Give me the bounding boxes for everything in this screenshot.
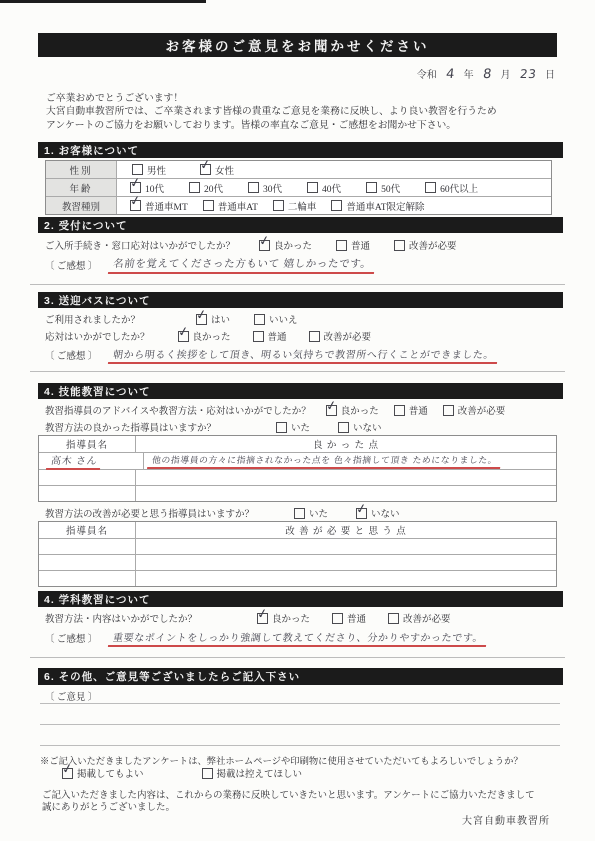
- checkbox-label: 50代: [381, 181, 400, 195]
- bus-comment-line: 〔 ご感想 〕 朝から明るく挨拶をして頂き、明るい気持ちで教習所へ行くことができ…: [45, 346, 498, 364]
- checkbox-label: 普通車AT限定解除: [346, 199, 424, 213]
- checkbox-male: 男性: [132, 163, 166, 177]
- good-instructor-table: 指導員名 良 か っ た 点 高木 さん 他の指導員の方々に指摘されなかった点を…: [38, 435, 557, 502]
- checkbox-label: 普通: [347, 611, 366, 625]
- ruled-line: [30, 276, 565, 285]
- reception-comment-line: 〔 ご感想 〕 名前を覚えてくださった方もいて 嬉しかったです。: [45, 256, 376, 274]
- checkbox-icon: [294, 508, 305, 519]
- checkbox-good-instructor-no: いない: [338, 420, 382, 434]
- section-reception-heading: 2. 受付について: [38, 217, 563, 233]
- customer-row-gender: 性別 男性 女性: [46, 161, 551, 178]
- checkbox-label: 10代: [145, 181, 164, 195]
- table-row: [39, 485, 556, 501]
- checkbox-icon: [388, 613, 399, 624]
- checkbox-icon: [130, 182, 141, 193]
- good-point-handwriting: 他の指導員の方々に指摘されなかった点を 色々指摘して頂き ためになりました。: [147, 453, 502, 469]
- checkbox-icon: [189, 182, 200, 193]
- checkbox-icon: [326, 405, 337, 416]
- greeting-line-2: 大宮自動車教習所では、ご卒業されます皆様の貴重なご意見を業務に反映し、より良い教…: [46, 105, 558, 118]
- checkbox-icon: [336, 240, 347, 251]
- bus-comment-handwriting: 朝から明るく挨拶をして頂き、明るい気持ちで教習所へ行くことができました。: [108, 346, 499, 364]
- customer-row-age: 年齢 10代 20代 30代 40代 50代 60代以上: [46, 178, 551, 196]
- checkbox-reception-good: 良かった: [259, 238, 312, 252]
- checkbox-icon: [259, 240, 270, 251]
- checkbox-icon: [62, 768, 73, 779]
- greeting-line-1: ご卒業おめでとうございます！: [46, 92, 558, 105]
- checkbox-good-instructor-yes: いた: [276, 420, 310, 434]
- checkbox-publication-ok: 掲載してもよい: [62, 766, 144, 780]
- checkbox-label: 良かった: [193, 329, 231, 343]
- table-row: [39, 554, 556, 570]
- checkbox-label: 改善が必要: [403, 611, 451, 625]
- checkbox-label: いた: [291, 420, 310, 434]
- checkbox-label: 掲載は控えてほしい: [217, 766, 303, 780]
- checkbox-lecture-normal: 普通: [332, 611, 366, 625]
- table-header-row: 指導員名 良 か っ た 点: [39, 436, 556, 452]
- bus-q2-line: 応対はいかがでしたか？ 良かった 普通 改善が必要: [45, 329, 371, 343]
- checkbox-label: 普通: [351, 238, 370, 252]
- checkbox-label: 普通: [268, 329, 287, 343]
- greeting-paragraph: ご卒業おめでとうございます！ 大宮自動車教習所では、ご卒業されます皆様の貴重なご…: [46, 92, 558, 132]
- checkbox-icon: [254, 314, 265, 325]
- checkbox-label: 改善が必要: [458, 403, 506, 417]
- checkbox-age-40s: 40代: [307, 181, 341, 195]
- bus-q1-line: ご利用されましたか？ はい いいえ: [45, 312, 298, 326]
- greeting-line-3: アンケートのご協力をお願いしております。皆様の率直なご意見・ご感想をお聞かせ下さ…: [46, 119, 558, 132]
- date-era-label: 令和: [417, 66, 437, 81]
- checkbox-icon: [307, 182, 318, 193]
- checkbox-icon: [276, 422, 287, 433]
- checkbox-icon: [309, 331, 320, 342]
- checkbox-female: 女性: [200, 163, 234, 177]
- checkbox-label: 普通: [409, 403, 428, 417]
- checkbox-icon: [248, 182, 259, 193]
- section-bus-heading: 3. 送迎バスについて: [38, 292, 563, 308]
- page-title: お客様のご意見をお聞かせください: [38, 33, 557, 57]
- customer-row-course: 教習種別 普通車MT 普通車AT 二輪車 普通車AT限定解除: [46, 196, 551, 214]
- bus-q2: 応対はいかがでしたか？: [45, 329, 150, 343]
- checkbox-age-10s: 10代: [130, 181, 164, 195]
- reception-question-line: ご入所手続き・窓口応対はいかがでしたか？ 良かった 普通 改善が必要: [45, 238, 555, 252]
- skill-q1-line: 教習指導員のアドバイスや教習方法・応対はいかがでしたか？ 良かった 普通 改善が…: [45, 403, 505, 417]
- skill-q3: 教習方法の改善が必要と思う指導員はいますか？: [45, 506, 254, 520]
- checkbox-course-at: 普通車AT: [203, 199, 258, 213]
- checkbox-label: 良かった: [274, 238, 312, 252]
- table-row: [39, 538, 556, 554]
- checkbox-label: 良かった: [272, 611, 310, 625]
- checkbox-icon: [202, 768, 213, 779]
- section-lecture-heading: 4. 学科教習について: [38, 591, 563, 607]
- reception-question: ご入所手続き・窓口応対はいかがでしたか？: [45, 238, 235, 252]
- checkbox-icon: [338, 422, 349, 433]
- checkbox-age-50s: 50代: [366, 181, 400, 195]
- publication-consent-note: ※ご記入いただきましたアンケートは、弊社ホームページや印刷物に使用させていただい…: [40, 753, 560, 767]
- checkbox-improve-instructor-yes: いた: [294, 506, 328, 520]
- lecture-comment-label: 〔 ご感想 〕: [45, 631, 97, 645]
- checkbox-label: 40代: [322, 181, 341, 195]
- reception-comment-label: 〔 ご感想 〕: [45, 258, 97, 272]
- age-label: 年齢: [46, 179, 117, 196]
- checkbox-bus-used-no: いいえ: [254, 312, 298, 326]
- checkbox-lecture-good: 良かった: [257, 611, 310, 625]
- checkbox-icon: [394, 240, 405, 251]
- ruled-line: [30, 649, 565, 658]
- checkbox-icon: [356, 508, 367, 519]
- checkbox-label: 男性: [147, 163, 166, 177]
- checkbox-bus-normal: 普通: [253, 329, 287, 343]
- ruled-line: [40, 737, 560, 746]
- checkbox-course-at-limited: 普通車AT限定解除: [331, 199, 424, 213]
- checkbox-icon: [132, 164, 143, 175]
- closing-line-2: 誠にありがとうございました。: [42, 799, 562, 813]
- skill-q2-line: 教習方法の良かった指導員はいますか？ いた いない: [45, 420, 382, 434]
- publication-consent-line: 掲載してもよい 掲載は控えてほしい: [62, 766, 302, 780]
- table-row: [39, 469, 556, 485]
- checkbox-bus-used-yes: はい: [196, 312, 230, 326]
- checkbox-icon: [332, 613, 343, 624]
- school-signature: 大宮自動車教習所: [300, 812, 558, 827]
- checkbox-reception-normal: 普通: [336, 238, 370, 252]
- checkbox-icon: [257, 613, 268, 624]
- checkbox-reception-improve: 改善が必要: [394, 238, 457, 252]
- checkbox-lecture-improve: 改善が必要: [388, 611, 451, 625]
- checkbox-bus-improve: 改善が必要: [309, 329, 372, 343]
- skill-q1: 教習指導員のアドバイスや教習方法・応対はいかがでしたか？: [45, 403, 311, 417]
- checkbox-icon: [200, 164, 211, 175]
- instructor-name-handwriting: 高木 さん: [46, 452, 102, 470]
- checkbox-age-20s: 20代: [189, 181, 223, 195]
- checkbox-label: 女性: [215, 163, 234, 177]
- checkbox-label: 二輪車: [288, 199, 317, 213]
- date-day-value: 23: [519, 67, 537, 81]
- date-month-label: 月: [501, 66, 511, 81]
- checkbox-icon: [253, 331, 264, 342]
- checkbox-icon: [273, 200, 284, 211]
- checkbox-icon: [196, 314, 207, 325]
- bus-comment-label: 〔 ご感想 〕: [45, 348, 97, 362]
- bus-q1: ご利用されましたか？: [45, 312, 140, 326]
- checkbox-icon: [394, 405, 405, 416]
- checkbox-label: 60代以上: [440, 181, 478, 195]
- checkbox-icon: [203, 200, 214, 211]
- checkbox-icon: [178, 331, 189, 342]
- checkbox-label: いない: [353, 420, 382, 434]
- checkbox-label: いいえ: [269, 312, 298, 326]
- scanned-questionnaire-page: お客様のご意見をお聞かせください 令和 4 年 8 月 23 日 ご卒業おめでと…: [0, 0, 595, 841]
- checkbox-label: 20代: [204, 181, 223, 195]
- lecture-question: 教習方法・内容はいかがでしたか？: [45, 611, 197, 625]
- checkbox-label: 普通車AT: [218, 199, 258, 213]
- checkbox-label: 掲載してもよい: [77, 766, 144, 780]
- checkbox-publication-no: 掲載は控えてほしい: [202, 766, 303, 780]
- date-year-value: 4: [445, 67, 456, 82]
- checkbox-age-30s: 30代: [248, 181, 282, 195]
- checkbox-course-mt: 普通車MT: [130, 199, 188, 213]
- section-skill-heading: 4. 技能教習について: [38, 383, 563, 399]
- course-label: 教習種別: [46, 197, 117, 214]
- section-other-heading: 6. その他、ご意見等ございましたらご記入下さい: [38, 668, 563, 685]
- checkbox-skill-improve: 改善が必要: [443, 403, 506, 417]
- date-month-value: 8: [482, 67, 493, 82]
- checkbox-label: いない: [371, 506, 400, 520]
- checkbox-improve-instructor-no: いない: [356, 506, 400, 520]
- checkbox-icon: [331, 200, 342, 211]
- checkbox-age-60s: 60代以上: [425, 181, 478, 195]
- customer-table: 性別 男性 女性 年齢 10代 20代 30代 40代 50代 60代以上: [45, 160, 552, 215]
- table-row: [39, 570, 556, 586]
- checkbox-icon: [443, 405, 454, 416]
- table-row: 高木 さん 他の指導員の方々に指摘されなかった点を 色々指摘して頂き ためになり…: [39, 452, 556, 469]
- lecture-comment-line: 〔 ご感想 〕 重要なポイントをしっかり強調して教えてくださり、分かりやすかった…: [45, 629, 487, 647]
- checkbox-label: 普通車MT: [145, 199, 188, 213]
- reception-comment-handwriting: 名前を覚えてくださった方もいて 嬉しかったです。: [108, 256, 377, 274]
- lecture-question-line: 教習方法・内容はいかがでしたか？ 良かった 普通 改善が必要: [45, 611, 451, 625]
- checkbox-bus-good: 良かった: [178, 329, 231, 343]
- good-point-header: 良 か っ た 点: [136, 436, 556, 452]
- section-customer-heading: 1. お客様について: [38, 142, 563, 158]
- instructor-name-header: 指導員名: [39, 436, 136, 452]
- checkbox-skill-normal: 普通: [394, 403, 428, 417]
- checkbox-icon: [130, 200, 141, 211]
- ruled-line: [30, 363, 565, 372]
- checkbox-label: 改善が必要: [324, 329, 372, 343]
- table-header-row: 指導員名 改 善 が 必 要 と 思 う 点: [39, 522, 556, 538]
- skill-q3-line: 教習方法の改善が必要と思う指導員はいますか？ いた いない: [45, 506, 400, 520]
- improve-point-header: 改 善 が 必 要 と 思 う 点: [136, 522, 556, 538]
- checkbox-icon: [425, 182, 436, 193]
- checkbox-label: はい: [211, 312, 230, 326]
- checkbox-skill-good: 良かった: [326, 403, 379, 417]
- lecture-comment-handwriting: 重要なポイントをしっかり強調して教えてくださり、分かりやすかったです。: [108, 629, 488, 647]
- instructor-name-header: 指導員名: [39, 522, 136, 538]
- date-line: 令和 4 年 8 月 23 日: [320, 66, 555, 82]
- date-day-label: 日: [545, 66, 555, 81]
- scan-artifact-bar: [0, 0, 206, 3]
- checkbox-label: 良かった: [341, 403, 379, 417]
- checkbox-icon: [366, 182, 377, 193]
- date-year-label: 年: [464, 66, 474, 81]
- skill-q2: 教習方法の良かった指導員はいますか？: [45, 420, 216, 434]
- ruled-line: [40, 695, 560, 704]
- gender-label: 性別: [46, 161, 117, 178]
- improve-instructor-table: 指導員名 改 善 が 必 要 と 思 う 点: [38, 521, 557, 587]
- ruled-line: [40, 716, 560, 725]
- checkbox-course-motorcycle: 二輪車: [273, 199, 317, 213]
- checkbox-label: 30代: [263, 181, 282, 195]
- checkbox-label: 改善が必要: [409, 238, 457, 252]
- checkbox-label: いた: [309, 506, 328, 520]
